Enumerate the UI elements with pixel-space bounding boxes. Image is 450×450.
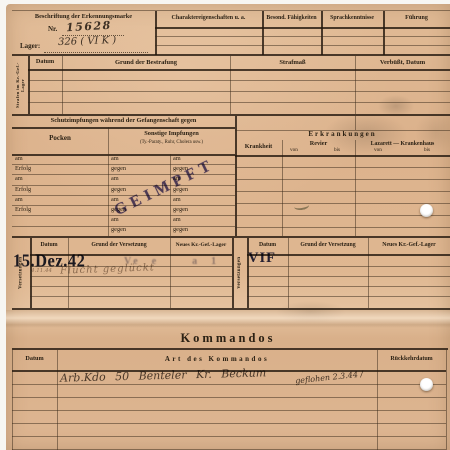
kommandos-title: Kommandos [6, 332, 450, 346]
hole-punch [420, 204, 433, 217]
transfers-header-grund: Grund der Versetzung [288, 242, 368, 248]
rule-line [235, 167, 450, 168]
rule-line [28, 91, 450, 92]
rule-line [235, 203, 450, 204]
row-label: gegen [173, 227, 188, 233]
punishments-side-label: Strafen im Kr.-Gef.-Lager [12, 56, 28, 114]
id-tag-nr-value: 15628 [66, 19, 112, 34]
rule-line [12, 350, 13, 450]
rule-line [12, 195, 235, 196]
rule-line [30, 286, 232, 287]
rule-line [232, 238, 234, 308]
rule-line [247, 266, 450, 267]
vaccinations-title: Schutzimpfungen während der Gefangenscha… [12, 117, 235, 124]
transfers-header-neues: Neues Kr.-Gef.-Lager [368, 242, 450, 248]
rule-line [155, 36, 450, 37]
bis-label: bis [334, 148, 340, 153]
punishments-section: Strafen im Kr.-Gef.-Lager Datum Grund de… [12, 56, 450, 114]
row-label: am [111, 176, 119, 182]
row-label: Erfolg [15, 166, 31, 172]
rule-line [288, 238, 289, 308]
row-label: am [15, 156, 23, 162]
rule-line [155, 45, 450, 46]
rule-line [12, 436, 446, 437]
rule-line [235, 191, 450, 192]
rule-line [235, 215, 450, 216]
rule-line [368, 238, 369, 308]
rule-line [12, 410, 446, 411]
row-label: am [173, 217, 181, 223]
rule-line [247, 238, 249, 308]
lager-label: Lager: [20, 43, 40, 50]
rule-line [57, 350, 58, 450]
transfers-header-neues: Neues Kr.-Gef.-Lager [170, 242, 232, 248]
header-band: Beschriftung der Erkennungsmarke Nr. 156… [12, 10, 450, 55]
traits-header-2: Besond. Fähigkeiten [262, 15, 321, 21]
punishments-header-grund: Grund der Bestrafung [62, 59, 230, 66]
transfer-pencil-date: 4.11.44 [31, 268, 52, 274]
rule-line [377, 350, 378, 450]
rule-line [28, 102, 450, 103]
bis-label: bis [424, 148, 430, 153]
rule-line [446, 350, 447, 450]
rule-line [12, 397, 446, 398]
rule-line [155, 27, 450, 29]
illnesses-title: Erkrankungen [235, 131, 450, 139]
transfers-header-datum: Datum [30, 242, 68, 248]
transfers-side-label: Versetzungen [12, 238, 30, 308]
row-label: am [173, 197, 181, 203]
transfer-camp-stamp: VIF [248, 250, 276, 267]
vaccinations-col-sonstige-sub: (Ty.-Paraty., Ruhr, Cholera usw.) [108, 140, 235, 145]
row-label: am [111, 156, 119, 162]
transfers-header-datum: Datum [247, 242, 288, 248]
transfers-header-grund: Grund der Versetzung [68, 242, 170, 248]
medical-section: Schutzimpfungen während der Gefangenscha… [12, 116, 450, 236]
punishments-header-strafmass: Strafmaß [230, 59, 355, 66]
rule-line [108, 127, 109, 236]
pow-record-card: Beschriftung der Erkennungsmarke Nr. 156… [6, 4, 450, 450]
transfers-side-label: Versetzungen [232, 238, 247, 308]
kommandos-table: Datum Art des Kommandos Rückkehrdatum Ar… [12, 348, 448, 450]
traits-header-4: Führung [383, 15, 450, 22]
row-label: am [15, 176, 23, 182]
row-label: am [173, 156, 181, 162]
vaccinations-col-sonstige: Sonstige Impfungen [108, 130, 235, 137]
rule-line [28, 80, 450, 81]
rule-line [12, 127, 235, 129]
row-label: gegen [173, 207, 188, 213]
row-label: gegen [111, 166, 126, 172]
id-tag-box: Beschriftung der Erkennungsmarke Nr. 156… [12, 11, 155, 55]
rule-line [170, 238, 171, 308]
scanned-document: Beschriftung der Erkennungsmarke Nr. 156… [0, 0, 450, 450]
traits-header-3: Sprachkenntnisse [321, 15, 383, 21]
hole-punch [420, 378, 433, 391]
vaccinations-col-pocken: Pocken [12, 135, 108, 143]
rule-line [28, 69, 450, 71]
illnesses-col-lazarett: Lazarett — Krankenhaus [355, 141, 450, 147]
row-label: Erfolg [15, 207, 31, 213]
von-label: von [290, 148, 298, 153]
punishments-header-datum: Datum [28, 59, 62, 66]
rule-line [247, 286, 450, 287]
rule-line [355, 116, 356, 130]
fold-crease [6, 310, 450, 328]
row-label: gegen [111, 227, 126, 233]
von-label: von [374, 148, 382, 153]
rule-line [235, 227, 450, 228]
row-label: gegen [111, 187, 126, 193]
id-tag-nr-label: Nr. [48, 26, 57, 33]
rule-line [247, 254, 450, 256]
rule-line [235, 155, 450, 157]
kommandos-header-art: Art des Kommandos [57, 356, 377, 364]
traits-header-1: Charaktereigenschaften u. a. [155, 15, 262, 22]
kommandos-header-rueckkehr: Rückkehrdatum [377, 356, 446, 363]
lager-value: 326 ( VI K ) [58, 35, 117, 48]
pencil-mark [294, 201, 310, 211]
rule-line [247, 296, 450, 297]
rule-line [12, 154, 235, 156]
row-label: am [15, 197, 23, 203]
punishments-header-verbuesst: Verbüßt, Datum [355, 59, 450, 66]
kommandos-header-datum: Datum [12, 356, 57, 363]
rule-line [12, 423, 446, 424]
rule-line [30, 296, 232, 297]
rule-line [235, 179, 450, 180]
rule-line [247, 276, 450, 277]
row-label: Erfolg [15, 187, 31, 193]
